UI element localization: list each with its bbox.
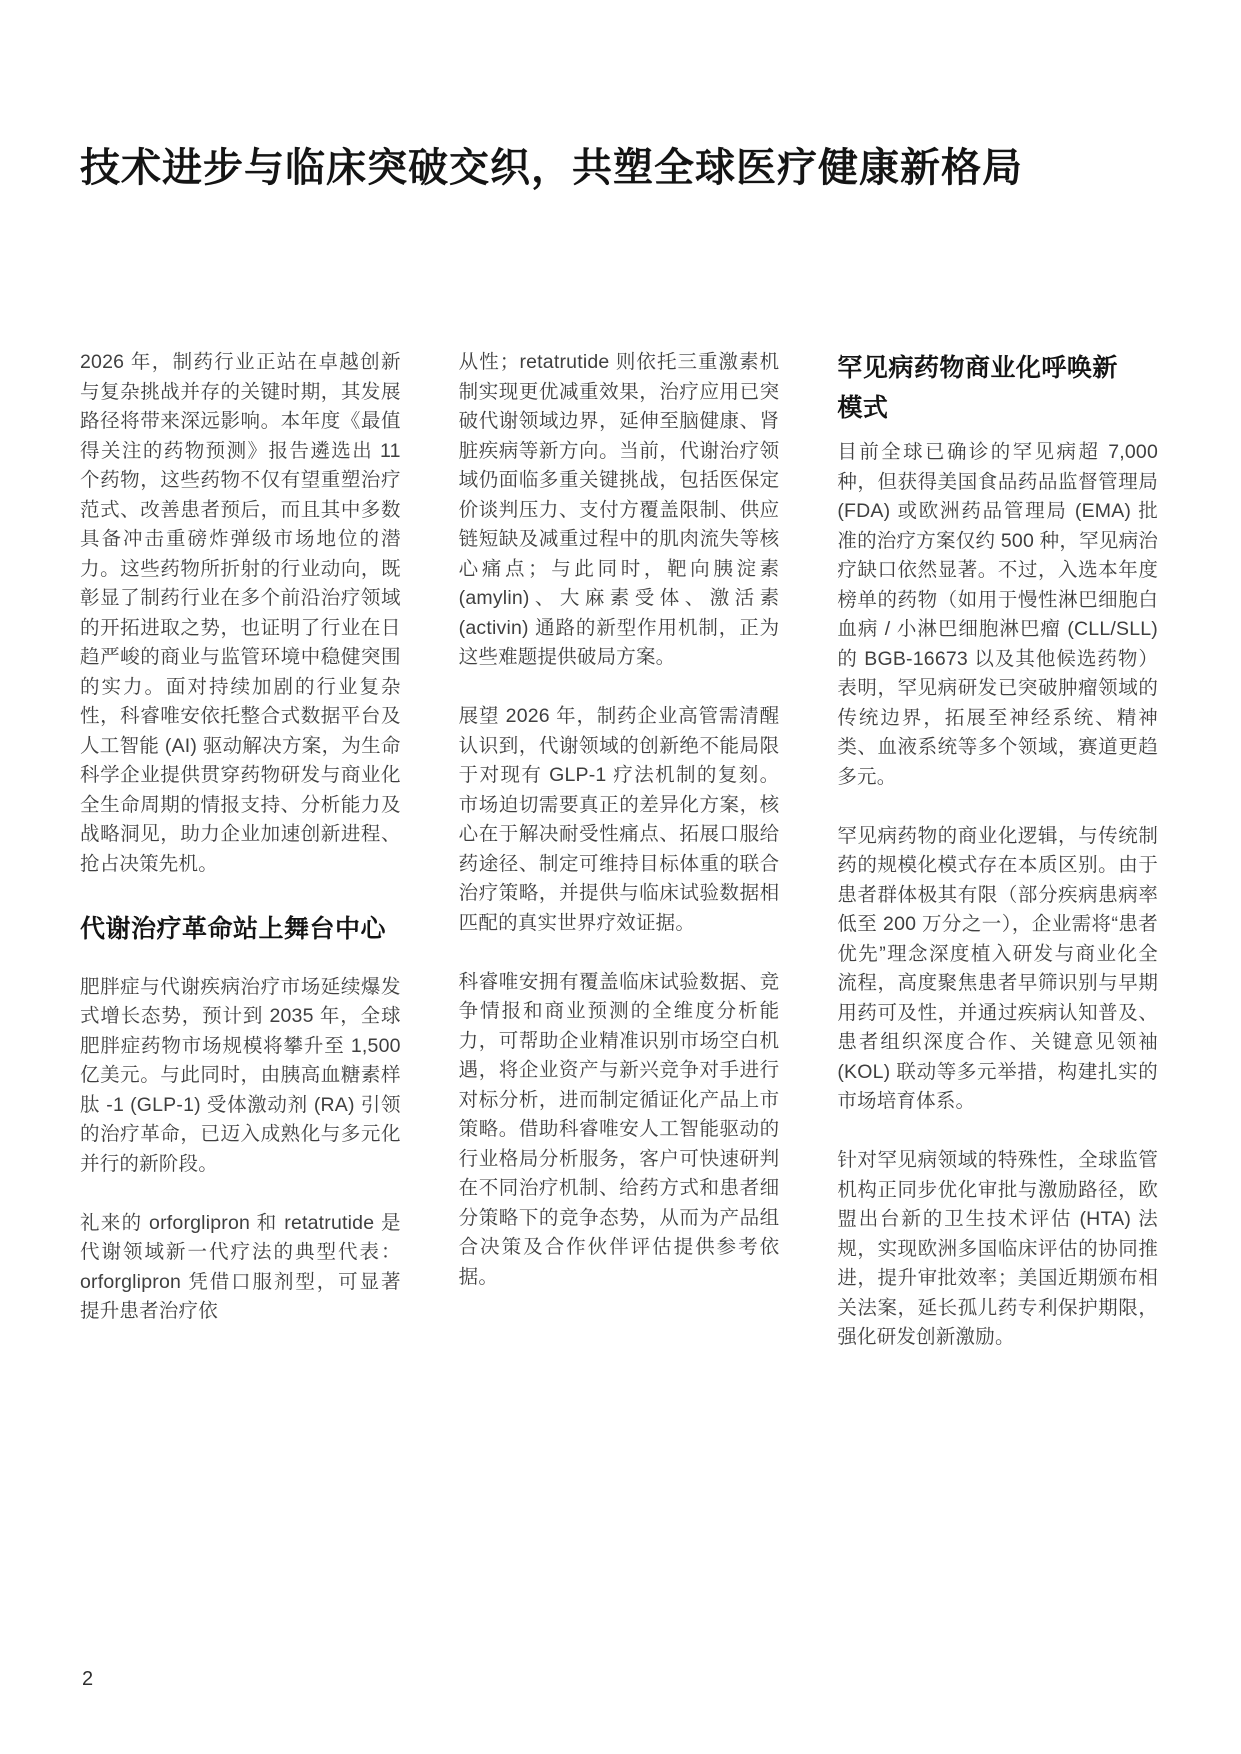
column-3: 罕见病药物商业化呼唤新 模式 目前全球已确诊的罕见病超 7,000 种，但获得美… (837, 348, 1158, 1382)
paragraph-outlook-2026: 展望 2026 年，制药企业高管需清醒认识到，代谢领域的创新绝不能局限于对现有 … (459, 702, 780, 938)
paragraph-obesity-market: 肥胖症与代谢疾病治疗市场延续爆发式增长态势，预计到 2035 年，全球肥胖症药物… (80, 973, 401, 1180)
column-1: 2026 年，制药行业正站在卓越创新与复杂挑战并存的关键时期，其发展路径将带来深… (80, 348, 401, 1382)
section-heading-rare-disease: 罕见病药物商业化呼唤新 模式 (837, 348, 1158, 428)
paragraph-rare-disease-gap: 目前全球已确诊的罕见病超 7,000 种，但获得美国食品药品监督管理局 (FDA… (837, 438, 1158, 792)
content-columns: 2026 年，制药行业正站在卓越创新与复杂挑战并存的关键时期，其发展路径将带来深… (80, 348, 1158, 1382)
page-number: 2 (82, 1666, 93, 1692)
paragraph-intro: 2026 年，制药行业正站在卓越创新与复杂挑战并存的关键时期，其发展路径将带来深… (80, 348, 401, 879)
paragraph-rare-regulation: 针对罕见病领域的特殊性，全球监管机构正同步优化审批与激励路径，欧盟出台新的卫生技… (837, 1146, 1158, 1353)
section-heading-metabolic: 代谢治疗革命站上舞台中心 (80, 909, 401, 949)
page-title: 技术进步与临床突破交织，共塑全球医疗健康新格局 (80, 144, 1023, 192)
paragraph-retatrutide: 从性；retatrutide 则依托三重激素机制实现更优减重效果，治疗应用已突破… (459, 348, 780, 673)
column-2: 从性；retatrutide 则依托三重激素机制实现更优减重效果，治疗应用已突破… (459, 348, 780, 1382)
paragraph-rare-commercialization: 罕见病药物的商业化逻辑，与传统制药的规模化模式存在本质区别。由于患者群体极其有限… (837, 822, 1158, 1117)
paragraph-clarivate-capability: 科睿唯安拥有覆盖临床试验数据、竞争情报和商业预测的全维度分析能力，可帮助企业精准… (459, 968, 780, 1293)
document-page: { "page": { "title": "技术进步与临床突破交织，共塑全球医疗… (0, 0, 1241, 1754)
paragraph-lilly-drugs: 礼来的 orforglipron 和 retatrutide 是代谢领域新一代疗… (80, 1209, 401, 1327)
